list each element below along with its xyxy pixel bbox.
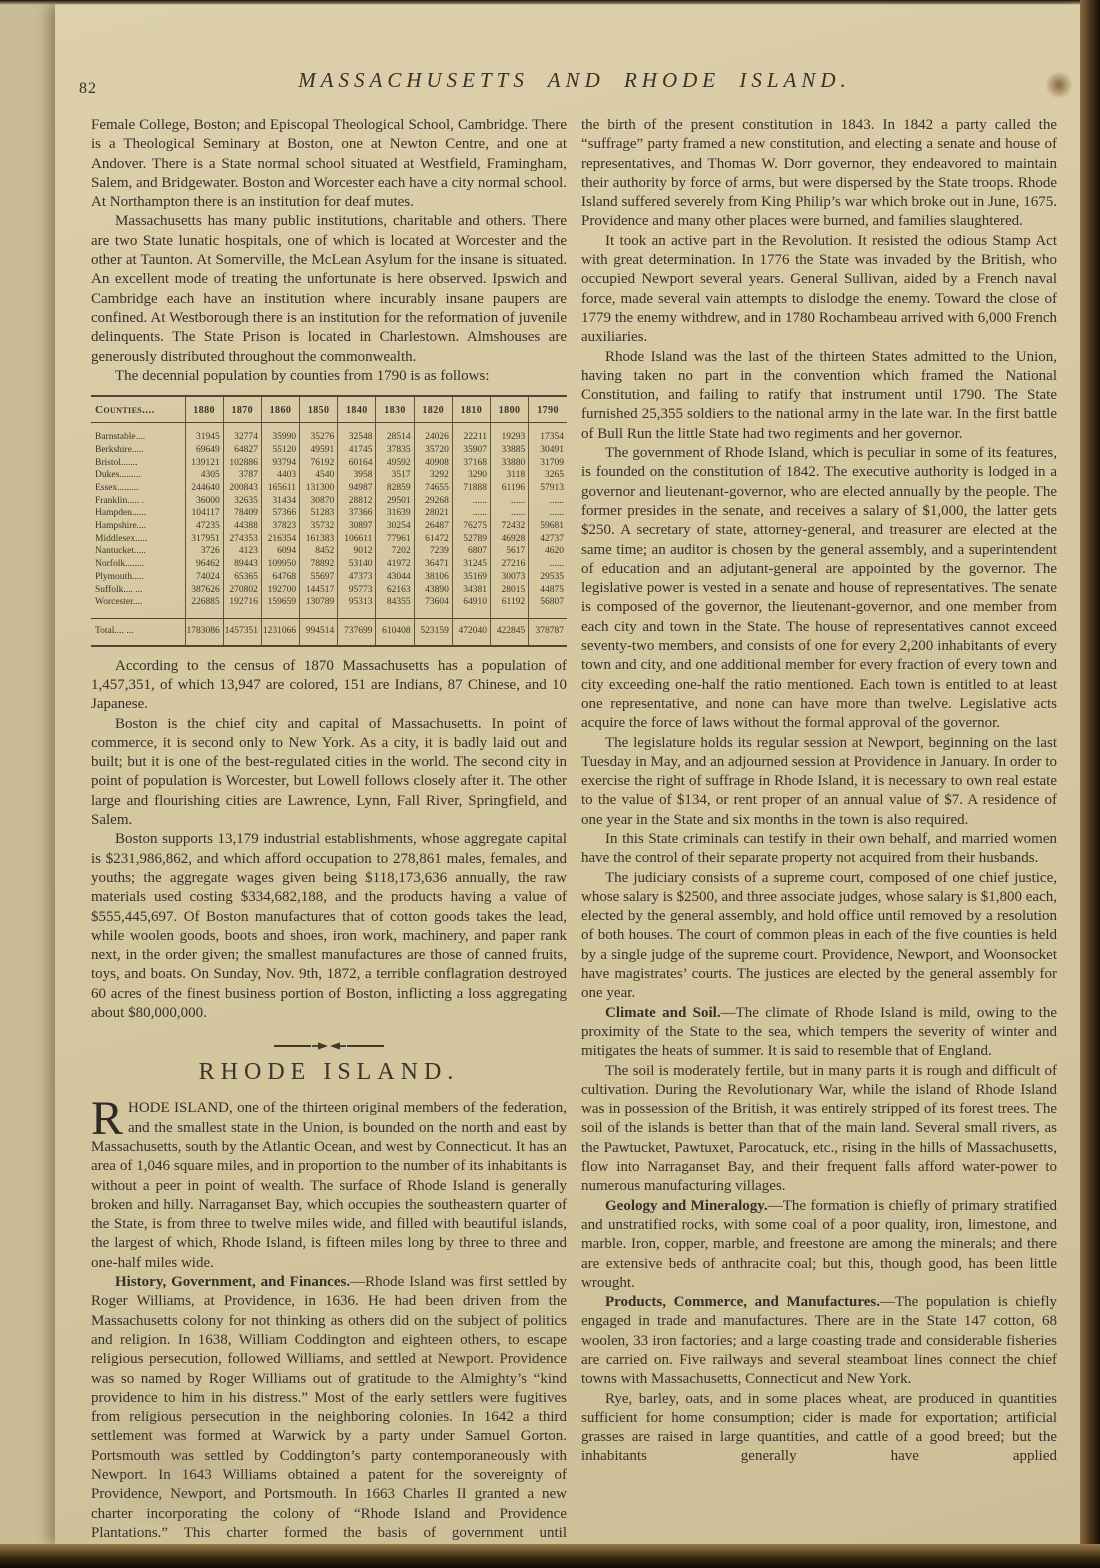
value-cell: 26487 bbox=[414, 520, 452, 533]
running-title: MASSACHUSETTS AND RHODE ISLAND. bbox=[91, 68, 1058, 93]
value-cell: 31245 bbox=[452, 558, 490, 571]
right-column-paragraphs: the birth of the present constitution in… bbox=[581, 116, 1057, 1467]
value-cell: 30897 bbox=[338, 520, 376, 533]
column-header-year: 1810 bbox=[452, 396, 490, 423]
value-cell: 47235 bbox=[185, 520, 223, 533]
value-cell: 200843 bbox=[223, 482, 261, 495]
value-cell: 3292 bbox=[414, 469, 452, 482]
value-cell: 3726 bbox=[185, 545, 223, 558]
value-cell: 17354 bbox=[529, 423, 567, 444]
paragraph: Rhode Island was the last of the thirtee… bbox=[581, 348, 1057, 444]
value-cell: 30491 bbox=[529, 444, 567, 457]
value-cell: 76192 bbox=[300, 457, 338, 470]
value-cell: ...... bbox=[491, 507, 529, 520]
column-header-year: 1880 bbox=[185, 396, 223, 423]
paragraph: Female College, Boston; and Episcopal Th… bbox=[91, 116, 567, 212]
value-cell: 35732 bbox=[300, 520, 338, 533]
table-row: Middlesex.....31795127435321635416138310… bbox=[91, 533, 567, 546]
value-cell: 30073 bbox=[491, 571, 529, 584]
value-cell: 192700 bbox=[261, 584, 299, 597]
value-cell: 3290 bbox=[452, 469, 490, 482]
value-cell: 28514 bbox=[376, 423, 414, 444]
paragraph: RHODE ISLAND, one of the thirteen origin… bbox=[91, 1099, 567, 1273]
column-header-year: 1790 bbox=[529, 396, 567, 423]
value-cell: 165611 bbox=[261, 482, 299, 495]
two-column-layout: Female College, Boston; and Episcopal Th… bbox=[91, 116, 1058, 1543]
paragraph: The decennial population by counties fro… bbox=[91, 367, 567, 386]
paragraph: Boston supports 13,179 industrial establ… bbox=[91, 830, 567, 1023]
table-row: Dukes.........43053787440345403958351732… bbox=[91, 469, 567, 482]
value-cell: 24026 bbox=[414, 423, 452, 444]
value-cell: 43890 bbox=[414, 584, 452, 597]
value-cell: 4540 bbox=[300, 469, 338, 482]
divider-ornament-icon bbox=[312, 1041, 346, 1051]
value-cell: 29501 bbox=[376, 495, 414, 508]
paragraph: Climate and Soil.—The climate of Rhode I… bbox=[581, 1004, 1057, 1062]
value-cell: 64768 bbox=[261, 571, 299, 584]
value-cell: ...... bbox=[452, 507, 490, 520]
value-cell: 27216 bbox=[491, 558, 529, 571]
value-cell: 74024 bbox=[185, 571, 223, 584]
paragraph-lead: Products, Commerce, and Manufactures. bbox=[605, 1294, 880, 1310]
value-cell: 28812 bbox=[338, 495, 376, 508]
value-cell: 32774 bbox=[223, 423, 261, 444]
value-cell: 35907 bbox=[452, 444, 490, 457]
county-cell: Franklin..... . bbox=[91, 495, 185, 508]
value-cell: 3787 bbox=[223, 469, 261, 482]
rhode-island-paragraphs: RHODE ISLAND, one of the thirteen origin… bbox=[91, 1099, 567, 1543]
value-cell: 42737 bbox=[529, 533, 567, 546]
section-divider bbox=[274, 1041, 384, 1051]
county-cell: Norfolk........ bbox=[91, 558, 185, 571]
paragraph: According to the census of 1870 Massachu… bbox=[91, 657, 567, 715]
value-cell: 60164 bbox=[338, 457, 376, 470]
value-cell: 53140 bbox=[338, 558, 376, 571]
left-column-mid-paragraphs: According to the census of 1870 Massachu… bbox=[91, 657, 567, 1024]
value-cell: 29268 bbox=[414, 495, 452, 508]
county-cell: Bristol....... bbox=[91, 457, 185, 470]
left-column-top-paragraphs: Female College, Boston; and Episcopal Th… bbox=[91, 116, 567, 386]
value-cell: 3517 bbox=[376, 469, 414, 482]
value-cell: 31945 bbox=[185, 423, 223, 444]
value-cell: 6807 bbox=[452, 545, 490, 558]
column-header-year: 1820 bbox=[414, 396, 452, 423]
right-column: the birth of the present constitution in… bbox=[581, 116, 1057, 1543]
county-cell: Suffolk.... ... bbox=[91, 584, 185, 597]
paragraph: Boston is the chief city and capital of … bbox=[91, 715, 567, 831]
table-row: Suffolk.... ...3876262708021927001445179… bbox=[91, 584, 567, 597]
value-cell: 49592 bbox=[376, 457, 414, 470]
total-value-cell: 1457351 bbox=[223, 619, 261, 646]
column-header-counties: Counties.... bbox=[91, 396, 185, 423]
value-cell: 5617 bbox=[491, 545, 529, 558]
paragraph: Massachusetts has many public institutio… bbox=[91, 212, 567, 366]
value-cell: 4305 bbox=[185, 469, 223, 482]
value-cell: 77961 bbox=[376, 533, 414, 546]
county-cell: Worcester.... bbox=[91, 596, 185, 618]
county-cell: Nantucket..... bbox=[91, 545, 185, 558]
value-cell: 44875 bbox=[529, 584, 567, 597]
page-edge-right bbox=[1080, 0, 1100, 1568]
column-header-year: 1840 bbox=[338, 396, 376, 423]
value-cell: ...... bbox=[529, 507, 567, 520]
value-cell: 37168 bbox=[452, 457, 490, 470]
value-cell: 47373 bbox=[338, 571, 376, 584]
table-total-row: Total.... ...178308614573511231066994514… bbox=[91, 619, 567, 646]
table-row: Nantucket.....37264123609484529012720272… bbox=[91, 545, 567, 558]
value-cell: 274353 bbox=[223, 533, 261, 546]
value-cell: 270802 bbox=[223, 584, 261, 597]
value-cell: 74655 bbox=[414, 482, 452, 495]
page-content: 82 MASSACHUSETTS AND RHODE ISLAND. Femal… bbox=[55, 4, 1080, 1543]
value-cell: 52789 bbox=[452, 533, 490, 546]
value-cell: 387626 bbox=[185, 584, 223, 597]
county-cell: Middlesex..... bbox=[91, 533, 185, 546]
value-cell: 34381 bbox=[452, 584, 490, 597]
table-row: Hampshire....472354438837823357323089730… bbox=[91, 520, 567, 533]
paragraph: In this State criminals can testify in t… bbox=[581, 830, 1057, 869]
left-column: Female College, Boston; and Episcopal Th… bbox=[91, 116, 567, 1543]
value-cell: 9012 bbox=[338, 545, 376, 558]
county-cell: Essex......... bbox=[91, 482, 185, 495]
value-cell: ...... bbox=[452, 495, 490, 508]
value-cell: 33885 bbox=[491, 444, 529, 457]
value-cell: 94987 bbox=[338, 482, 376, 495]
table-row: Bristol.......13912110288693794761926016… bbox=[91, 457, 567, 470]
county-cell: Barnstable.... bbox=[91, 423, 185, 444]
value-cell: 37835 bbox=[376, 444, 414, 457]
value-cell: 3265 bbox=[529, 469, 567, 482]
value-cell: 36471 bbox=[414, 558, 452, 571]
value-cell: 30254 bbox=[376, 520, 414, 533]
value-cell: 104117 bbox=[185, 507, 223, 520]
county-cell: Hampshire.... bbox=[91, 520, 185, 533]
paragraph-lead: History, Government, and Finances. bbox=[115, 1274, 350, 1290]
book-page: 82 MASSACHUSETTS AND RHODE ISLAND. Femal… bbox=[55, 4, 1080, 1544]
total-value-cell: 523159 bbox=[414, 619, 452, 646]
value-cell: 30870 bbox=[300, 495, 338, 508]
total-value-cell: 422845 bbox=[491, 619, 529, 646]
value-cell: 31709 bbox=[529, 457, 567, 470]
value-cell: 78409 bbox=[223, 507, 261, 520]
value-cell: 317951 bbox=[185, 533, 223, 546]
value-cell: 82859 bbox=[376, 482, 414, 495]
value-cell: 4620 bbox=[529, 545, 567, 558]
value-cell: 78892 bbox=[300, 558, 338, 571]
value-cell: 35169 bbox=[452, 571, 490, 584]
value-cell: 144517 bbox=[300, 584, 338, 597]
paragraph: It took an active part in the Revolution… bbox=[581, 232, 1057, 348]
page-header: 82 MASSACHUSETTS AND RHODE ISLAND. bbox=[91, 68, 1058, 104]
value-cell: 29535 bbox=[529, 571, 567, 584]
paragraph: The government of Rhode Island, which is… bbox=[581, 444, 1057, 733]
section-heading: RHODE ISLAND. bbox=[91, 1059, 567, 1086]
paragraph-lead: Climate and Soil. bbox=[605, 1005, 721, 1021]
total-value-cell: 994514 bbox=[300, 619, 338, 646]
table-row: Barnstable....31945327743599035276325482… bbox=[91, 423, 567, 444]
value-cell: 6094 bbox=[261, 545, 299, 558]
table-header-row: Counties....1880187018601850184018301820… bbox=[91, 396, 567, 423]
value-cell: 216354 bbox=[261, 533, 299, 546]
paragraph: Rye, barley, oats, and in some places wh… bbox=[581, 1390, 1057, 1467]
value-cell: 55120 bbox=[261, 444, 299, 457]
total-value-cell: 472040 bbox=[452, 619, 490, 646]
value-cell: 61472 bbox=[414, 533, 452, 546]
value-cell: 102886 bbox=[223, 457, 261, 470]
table-row: Berkshire.....69649648275512049591417453… bbox=[91, 444, 567, 457]
county-cell: Hampden...... bbox=[91, 507, 185, 520]
paragraph: History, Government, and Finances.—Rhode… bbox=[91, 1273, 567, 1543]
table-body: Barnstable....31945327743599035276325482… bbox=[91, 423, 567, 646]
value-cell: 3118 bbox=[491, 469, 529, 482]
paragraph: The judiciary consists of a supreme cour… bbox=[581, 869, 1057, 1004]
value-cell: 36000 bbox=[185, 495, 223, 508]
value-cell: 56807 bbox=[529, 596, 567, 618]
page-number: 82 bbox=[79, 80, 97, 98]
value-cell: 61192 bbox=[491, 596, 529, 618]
column-header-year: 1850 bbox=[300, 396, 338, 423]
population-table-wrap: Counties....1880187018601850184018301820… bbox=[91, 395, 567, 647]
value-cell: 64910 bbox=[452, 596, 490, 618]
value-cell: 161383 bbox=[300, 533, 338, 546]
value-cell: 131300 bbox=[300, 482, 338, 495]
value-cell: 57366 bbox=[261, 507, 299, 520]
value-cell: 84355 bbox=[376, 596, 414, 618]
total-value-cell: 1783086 bbox=[185, 619, 223, 646]
total-value-cell: 378787 bbox=[529, 619, 567, 646]
value-cell: 7239 bbox=[414, 545, 452, 558]
value-cell: 69649 bbox=[185, 444, 223, 457]
value-cell: 95313 bbox=[338, 596, 376, 618]
value-cell: 106611 bbox=[338, 533, 376, 546]
value-cell: 71888 bbox=[452, 482, 490, 495]
value-cell: 57913 bbox=[529, 482, 567, 495]
value-cell: 7202 bbox=[376, 545, 414, 558]
value-cell: 159659 bbox=[261, 596, 299, 618]
value-cell: 38106 bbox=[414, 571, 452, 584]
value-cell: 33880 bbox=[491, 457, 529, 470]
divider-rule-right bbox=[347, 1045, 384, 1047]
value-cell: 28015 bbox=[491, 584, 529, 597]
column-header-year: 1830 bbox=[376, 396, 414, 423]
total-value-cell: 610408 bbox=[376, 619, 414, 646]
value-cell: 192716 bbox=[223, 596, 261, 618]
value-cell: 55697 bbox=[300, 571, 338, 584]
value-cell: 35276 bbox=[300, 423, 338, 444]
total-label-cell: Total.... ... bbox=[91, 619, 185, 646]
value-cell: ...... bbox=[529, 558, 567, 571]
value-cell: 22211 bbox=[452, 423, 490, 444]
value-cell: 76275 bbox=[452, 520, 490, 533]
value-cell: 32548 bbox=[338, 423, 376, 444]
value-cell: 35720 bbox=[414, 444, 452, 457]
total-value-cell: 737699 bbox=[338, 619, 376, 646]
value-cell: 51283 bbox=[300, 507, 338, 520]
value-cell: 41972 bbox=[376, 558, 414, 571]
value-cell: 62163 bbox=[376, 584, 414, 597]
value-cell: 32635 bbox=[223, 495, 261, 508]
value-cell: 89443 bbox=[223, 558, 261, 571]
value-cell: 8452 bbox=[300, 545, 338, 558]
value-cell: 40908 bbox=[414, 457, 452, 470]
divider-rule-left bbox=[274, 1045, 311, 1047]
paragraph: Products, Commerce, and Manufactures.—Th… bbox=[581, 1293, 1057, 1389]
county-cell: Dukes......... bbox=[91, 469, 185, 482]
value-cell: 95773 bbox=[338, 584, 376, 597]
table-head: Counties....1880187018601850184018301820… bbox=[91, 396, 567, 423]
value-cell: 41745 bbox=[338, 444, 376, 457]
county-cell: Berkshire..... bbox=[91, 444, 185, 457]
value-cell: 59681 bbox=[529, 520, 567, 533]
column-header-year: 1870 bbox=[223, 396, 261, 423]
paragraph: Geology and Mineralogy.—The formation is… bbox=[581, 1197, 1057, 1293]
value-cell: 28021 bbox=[414, 507, 452, 520]
value-cell: 64827 bbox=[223, 444, 261, 457]
paragraph: The soil is moderately fertile, but in m… bbox=[581, 1062, 1057, 1197]
value-cell: 35990 bbox=[261, 423, 299, 444]
value-cell: 31639 bbox=[376, 507, 414, 520]
table-row: Worcester....226885192716159659130789953… bbox=[91, 596, 567, 618]
table-row: Plymouth.....740246536564768556974737343… bbox=[91, 571, 567, 584]
value-cell: 46928 bbox=[491, 533, 529, 546]
value-cell: 244640 bbox=[185, 482, 223, 495]
county-cell: Plymouth..... bbox=[91, 571, 185, 584]
value-cell: 4403 bbox=[261, 469, 299, 482]
value-cell: 37366 bbox=[338, 507, 376, 520]
value-cell: 49591 bbox=[300, 444, 338, 457]
column-header-year: 1800 bbox=[491, 396, 529, 423]
page-edge-bottom bbox=[0, 1544, 1100, 1568]
paragraph: The legislature holds its regular sessio… bbox=[581, 734, 1057, 830]
value-cell: 37823 bbox=[261, 520, 299, 533]
table-row: Norfolk........9646289443109950788925314… bbox=[91, 558, 567, 571]
value-cell: 31434 bbox=[261, 495, 299, 508]
value-cell: 93794 bbox=[261, 457, 299, 470]
value-cell: 4123 bbox=[223, 545, 261, 558]
value-cell: 43044 bbox=[376, 571, 414, 584]
value-cell: 226885 bbox=[185, 596, 223, 618]
value-cell: 72432 bbox=[491, 520, 529, 533]
value-cell: 65365 bbox=[223, 571, 261, 584]
value-cell: 61196 bbox=[491, 482, 529, 495]
table-row: Franklin..... .3600032635314343087028812… bbox=[91, 495, 567, 508]
paragraph-lead: Geology and Mineralogy. bbox=[605, 1198, 768, 1214]
population-table: Counties....1880187018601850184018301820… bbox=[91, 395, 567, 647]
table-row: Hampden......104117784095736651283373663… bbox=[91, 507, 567, 520]
value-cell: 44388 bbox=[223, 520, 261, 533]
total-value-cell: 1231066 bbox=[261, 619, 299, 646]
paragraph: the birth of the present constitution in… bbox=[581, 116, 1057, 232]
dropcap-letter: R bbox=[91, 1099, 128, 1137]
value-cell: 96462 bbox=[185, 558, 223, 571]
value-cell: 130789 bbox=[300, 596, 338, 618]
value-cell: 109950 bbox=[261, 558, 299, 571]
value-cell: ...... bbox=[529, 495, 567, 508]
value-cell: 3958 bbox=[338, 469, 376, 482]
column-header-year: 1860 bbox=[261, 396, 299, 423]
value-cell: 73604 bbox=[414, 596, 452, 618]
table-row: Essex.........24464020084316561113130094… bbox=[91, 482, 567, 495]
value-cell: ...... bbox=[491, 495, 529, 508]
value-cell: 19293 bbox=[491, 423, 529, 444]
value-cell: 139121 bbox=[185, 457, 223, 470]
